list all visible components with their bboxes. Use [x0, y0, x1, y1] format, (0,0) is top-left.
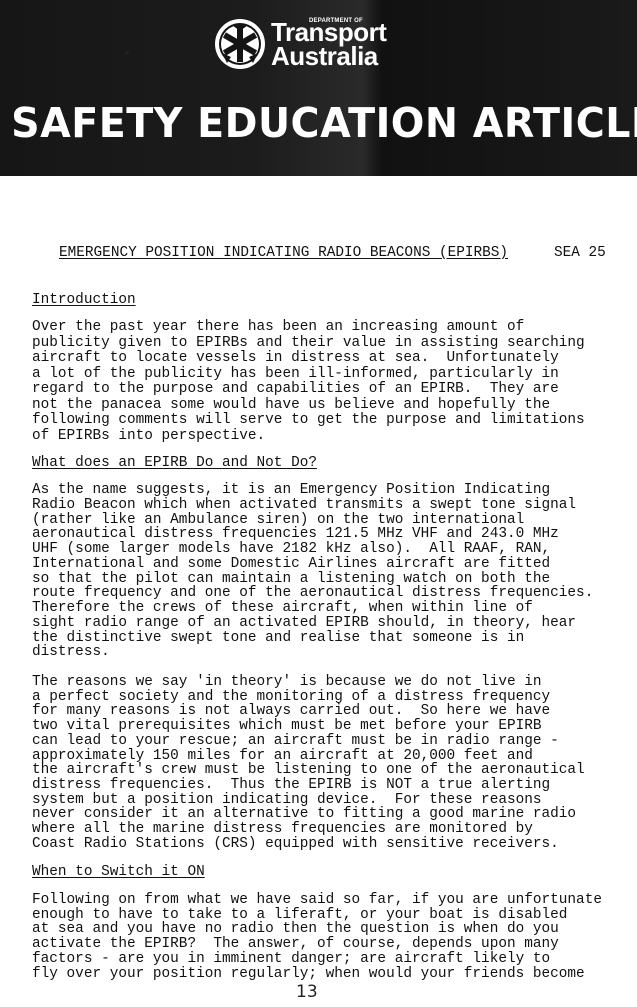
text-line: the distinctive swept tone and realise t…: [32, 631, 524, 646]
section-heading-introduction: Introduction: [32, 293, 136, 308]
text-line: The reasons we say 'in theory' is becaus…: [32, 675, 542, 690]
page-number: 13: [296, 982, 318, 1002]
text-line: aeronautical distress frequencies 121.5 …: [32, 527, 559, 542]
header-banner: DEPARTMENT OF Transport Australia SAFETY…: [0, 0, 637, 176]
text-line: Radio Beacon which when activated transm…: [32, 498, 576, 513]
text-line: two vital prerequisites which must be me…: [32, 719, 542, 734]
org-name-line2: Australia: [271, 43, 378, 69]
text-line: International and some Domestic Airlines…: [32, 557, 550, 572]
text-line: a lot of the publicity has been ill-info…: [32, 367, 559, 382]
text-line: distress frequencies. Thus the EPIRB is …: [32, 778, 550, 793]
text-line: regard to the purpose and capabilities o…: [32, 382, 559, 397]
text-line: Coast Radio Stations (CRS) equipped with…: [32, 837, 559, 852]
text-line: following comments will serve to get the…: [32, 413, 585, 428]
text-line: Following on from what we have said so f…: [32, 893, 602, 908]
text-line: so that the pilot can maintain a listeni…: [32, 572, 550, 587]
text-line: can lead to your rescue; an aircraft mus…: [32, 734, 559, 749]
text-line: fly over your position regularly; when w…: [32, 967, 585, 982]
text-line: distress.: [32, 645, 110, 660]
department-logo: DEPARTMENT OF Transport Australia: [213, 14, 433, 74]
article-code: SEA 25: [554, 246, 606, 261]
article-title: EMERGENCY POSITION INDICATING RADIO BEAC…: [59, 246, 508, 261]
text-line: of EPIRBs into perspective.: [32, 429, 265, 444]
text-line: publicity given to EPIRBs and their valu…: [32, 336, 585, 351]
section-heading-when-to-switch-on: When to Switch it ON: [32, 865, 205, 880]
text-line: aircraft to locate vessels in distress a…: [32, 351, 559, 366]
asterisk-emblem-icon: [213, 17, 267, 71]
banner-title: SAFETY EDUCATION ARTICLE: [11, 98, 626, 148]
text-line: where all the marine distress frequencie…: [32, 822, 533, 837]
text-line: Therefore the crews of these aircraft, w…: [32, 601, 533, 616]
text-line: factors - are you in imminent danger; ar…: [32, 952, 550, 967]
section-heading-what-epirb-does: What does an EPIRB Do and Not Do?: [32, 456, 317, 471]
text-line: As the name suggests, it is an Emergency…: [32, 483, 550, 498]
text-line: the aircraft's crew must be listening to…: [32, 763, 585, 778]
text-line: (rather like an Ambulance siren) on the …: [32, 513, 524, 528]
text-line: not the panacea some would have us belie…: [32, 398, 550, 413]
text-line: activate the EPIRB? The answer, of cours…: [32, 937, 559, 952]
text-line: UHF (some larger models have 2182 kHz al…: [32, 542, 550, 557]
text-line: Over the past year there has been an inc…: [32, 320, 524, 335]
text-line: route frequency and one of the aeronauti…: [32, 586, 593, 601]
text-line: sight radio range of an activated EPIRB …: [32, 616, 576, 631]
